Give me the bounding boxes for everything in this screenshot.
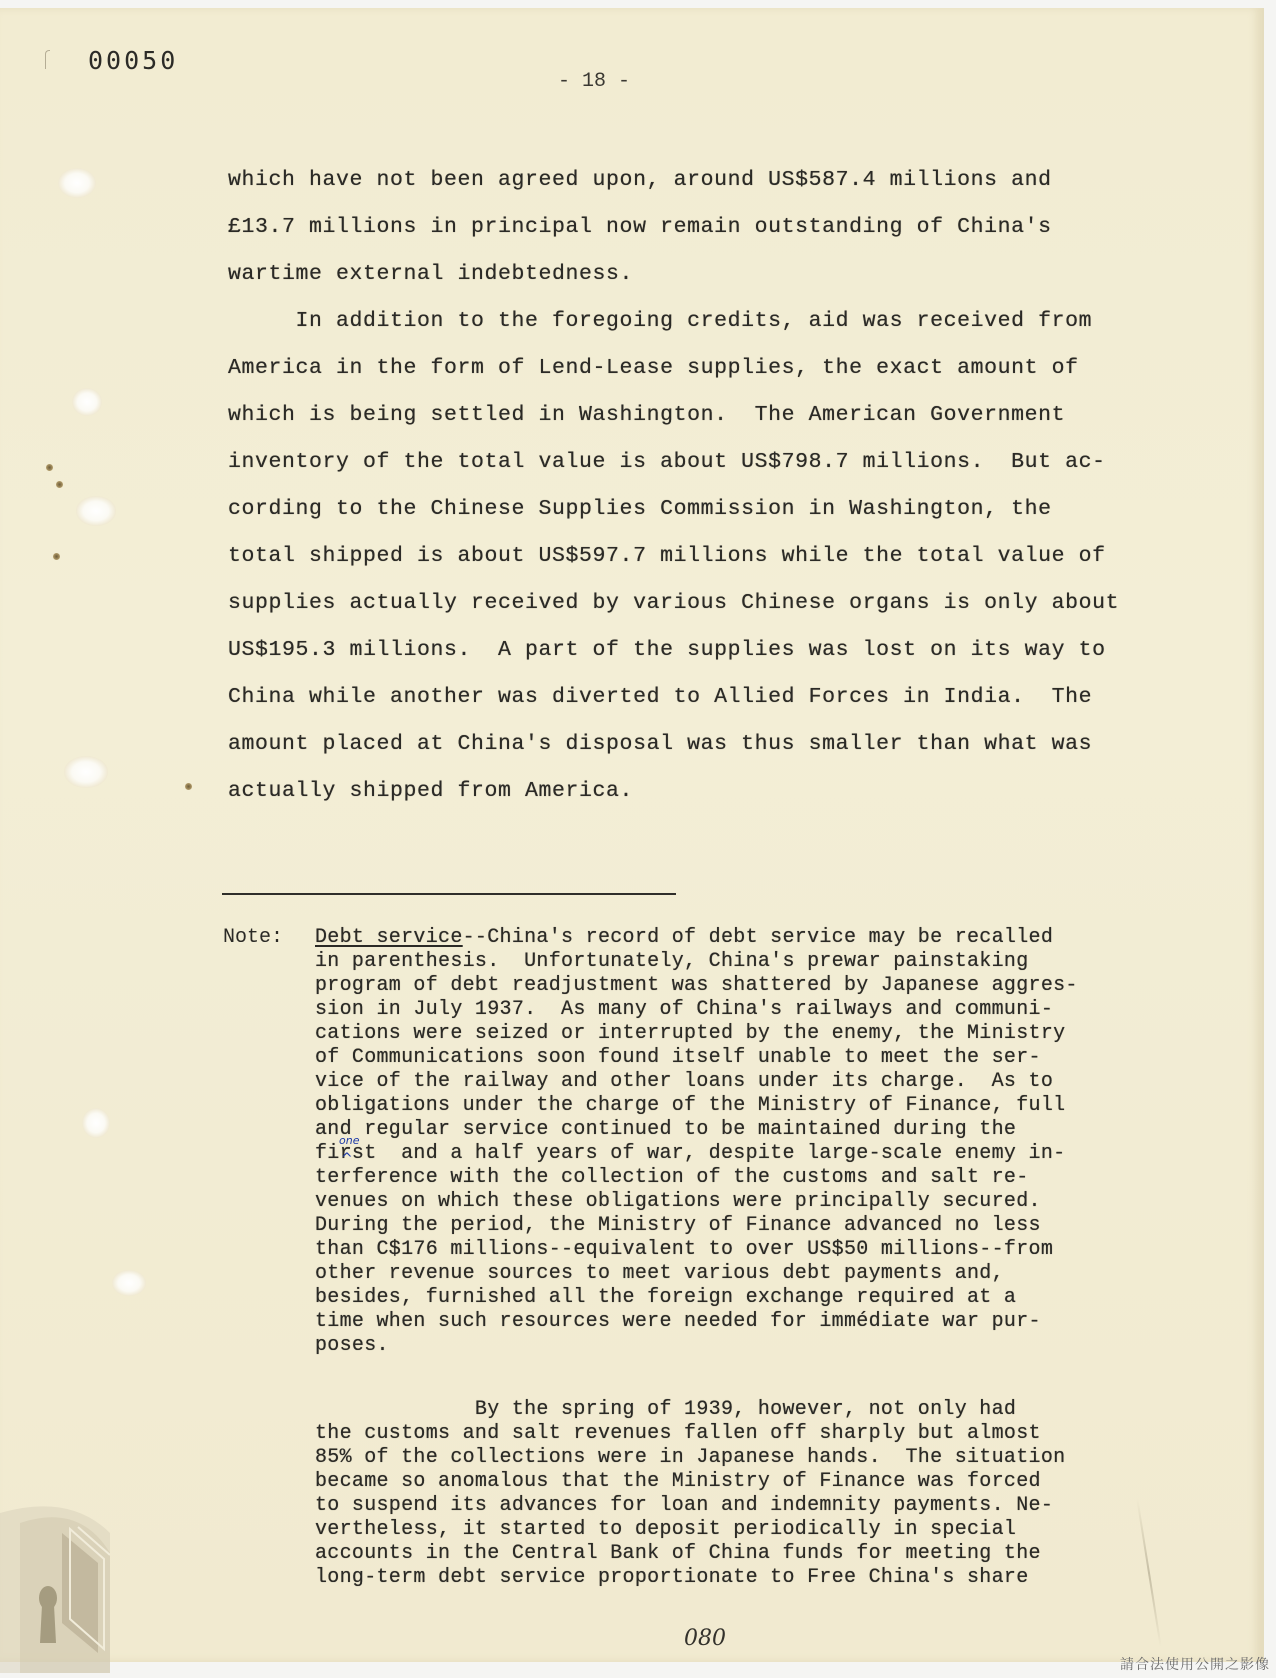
footnote-p2-line: the customs and salt revenues fallen off… bbox=[315, 1422, 1041, 1446]
footnote-line: of Communications soon found itself unab… bbox=[315, 1046, 1041, 1070]
archive-number: 00050 bbox=[88, 46, 178, 75]
rust-spot bbox=[53, 553, 60, 560]
footnote-line: program of debt readjustment was shatter… bbox=[315, 974, 1078, 998]
archive-bracket-mark bbox=[45, 50, 50, 69]
footnote-p2-line: 85% of the collections were in Japanese … bbox=[315, 1446, 1065, 1470]
archive-keyhole-logo-icon bbox=[0, 1493, 110, 1673]
rust-spot bbox=[185, 783, 192, 790]
body-line: In addition to the foregoing credits, ai… bbox=[228, 309, 1092, 333]
footnote-first-line-text: --China's record of debt service may be … bbox=[463, 926, 1054, 949]
body-line: America in the form of Lend-Lease suppli… bbox=[228, 356, 1079, 380]
footnote-line: During the period, the Ministry of Finan… bbox=[315, 1214, 1041, 1238]
punch-hole bbox=[76, 496, 116, 526]
footnote-line: in parenthesis. Unfortunately, China's p… bbox=[315, 950, 1029, 974]
footnote-line: than C$176 millions--equivalent to over … bbox=[315, 1238, 1053, 1262]
body-line: wartime external indebtedness. bbox=[228, 262, 633, 286]
scanned-page: 00050 - 18 - which have not been agreed … bbox=[0, 0, 1276, 1678]
rust-spot bbox=[46, 464, 53, 471]
punch-hole bbox=[112, 1270, 146, 1296]
punch-hole bbox=[82, 1108, 110, 1138]
footnote-line: cations were seized or interrupted by th… bbox=[315, 1022, 1065, 1046]
body-line: China while another was diverted to Alli… bbox=[228, 685, 1092, 709]
body-line: cording to the Chinese Supplies Commissi… bbox=[228, 497, 1052, 521]
footnote-line: venues on which these obligations were p… bbox=[315, 1190, 1041, 1214]
punch-hole bbox=[72, 388, 102, 416]
body-line: inventory of the total value is about US… bbox=[228, 450, 1106, 474]
footnote-line: first and a half years of war, despite l… bbox=[315, 1142, 1065, 1166]
body-line: supplies actually received by various Ch… bbox=[228, 591, 1119, 615]
footnote-line: vice of the railway and other loans unde… bbox=[315, 1070, 1053, 1094]
footnote-line: obligations under the charge of the Mini… bbox=[315, 1094, 1065, 1118]
paper-crease bbox=[1136, 1499, 1161, 1647]
body-line: which have not been agreed upon, around … bbox=[228, 168, 1052, 192]
body-line: US$195.3 millions. A part of the supplie… bbox=[228, 638, 1106, 662]
footnote-line: other revenue sources to meet various de… bbox=[315, 1262, 1004, 1286]
footnote-p2-line: to suspend its advances for loan and ind… bbox=[315, 1494, 1053, 1518]
handwritten-folio-number: 080 bbox=[684, 1626, 726, 1651]
rust-spot bbox=[56, 481, 63, 488]
body-line: which is being settled in Washington. Th… bbox=[228, 403, 1065, 427]
footnote-line: terference with the collection of the cu… bbox=[315, 1166, 1029, 1190]
footnote-line: and regular service continued to be main… bbox=[315, 1118, 1016, 1142]
note-label: Note: bbox=[223, 926, 283, 949]
footnote-first-line: Debt service--China's record of debt ser… bbox=[315, 926, 1053, 950]
usage-watermark: 請合法使用公開之影像 bbox=[1120, 1654, 1270, 1674]
footnote-separator bbox=[222, 893, 676, 895]
body-line: amount placed at China's disposal was th… bbox=[228, 732, 1092, 756]
body-line: total shipped is about US$597.7 millions… bbox=[228, 544, 1106, 568]
punch-hole bbox=[64, 756, 108, 788]
body-line: actually shipped from America. bbox=[228, 779, 633, 803]
footnote-line: besides, furnished all the foreign excha… bbox=[315, 1286, 1016, 1310]
footnote-p2-line: long-term debt service proportionate to … bbox=[315, 1566, 1029, 1590]
footnote-line: time when such resources were needed for… bbox=[315, 1310, 1041, 1334]
footnote-p2-line: By the spring of 1939, however, not only… bbox=[315, 1398, 1016, 1422]
handwritten-insertion: one bbox=[339, 1134, 359, 1147]
footnote-p2-line: became so anomalous that the Ministry of… bbox=[315, 1470, 1041, 1494]
footnote-line: poses. bbox=[315, 1334, 389, 1358]
page-number: - 18 - bbox=[558, 70, 630, 93]
insertion-caret: ^ bbox=[341, 1151, 353, 1167]
paper-sheet: 00050 - 18 - which have not been agreed … bbox=[0, 8, 1264, 1662]
footnote-p2-line: vertheless, it started to deposit period… bbox=[315, 1518, 1016, 1542]
footnote-line: sion in July 1937. As many of China's ra… bbox=[315, 998, 1053, 1022]
body-line: £13.7 millions in principal now remain o… bbox=[228, 215, 1052, 239]
footnote-heading: Debt service bbox=[315, 926, 463, 949]
footnote-p2-line: accounts in the Central Bank of China fu… bbox=[315, 1542, 1041, 1566]
punch-hole bbox=[58, 168, 96, 198]
